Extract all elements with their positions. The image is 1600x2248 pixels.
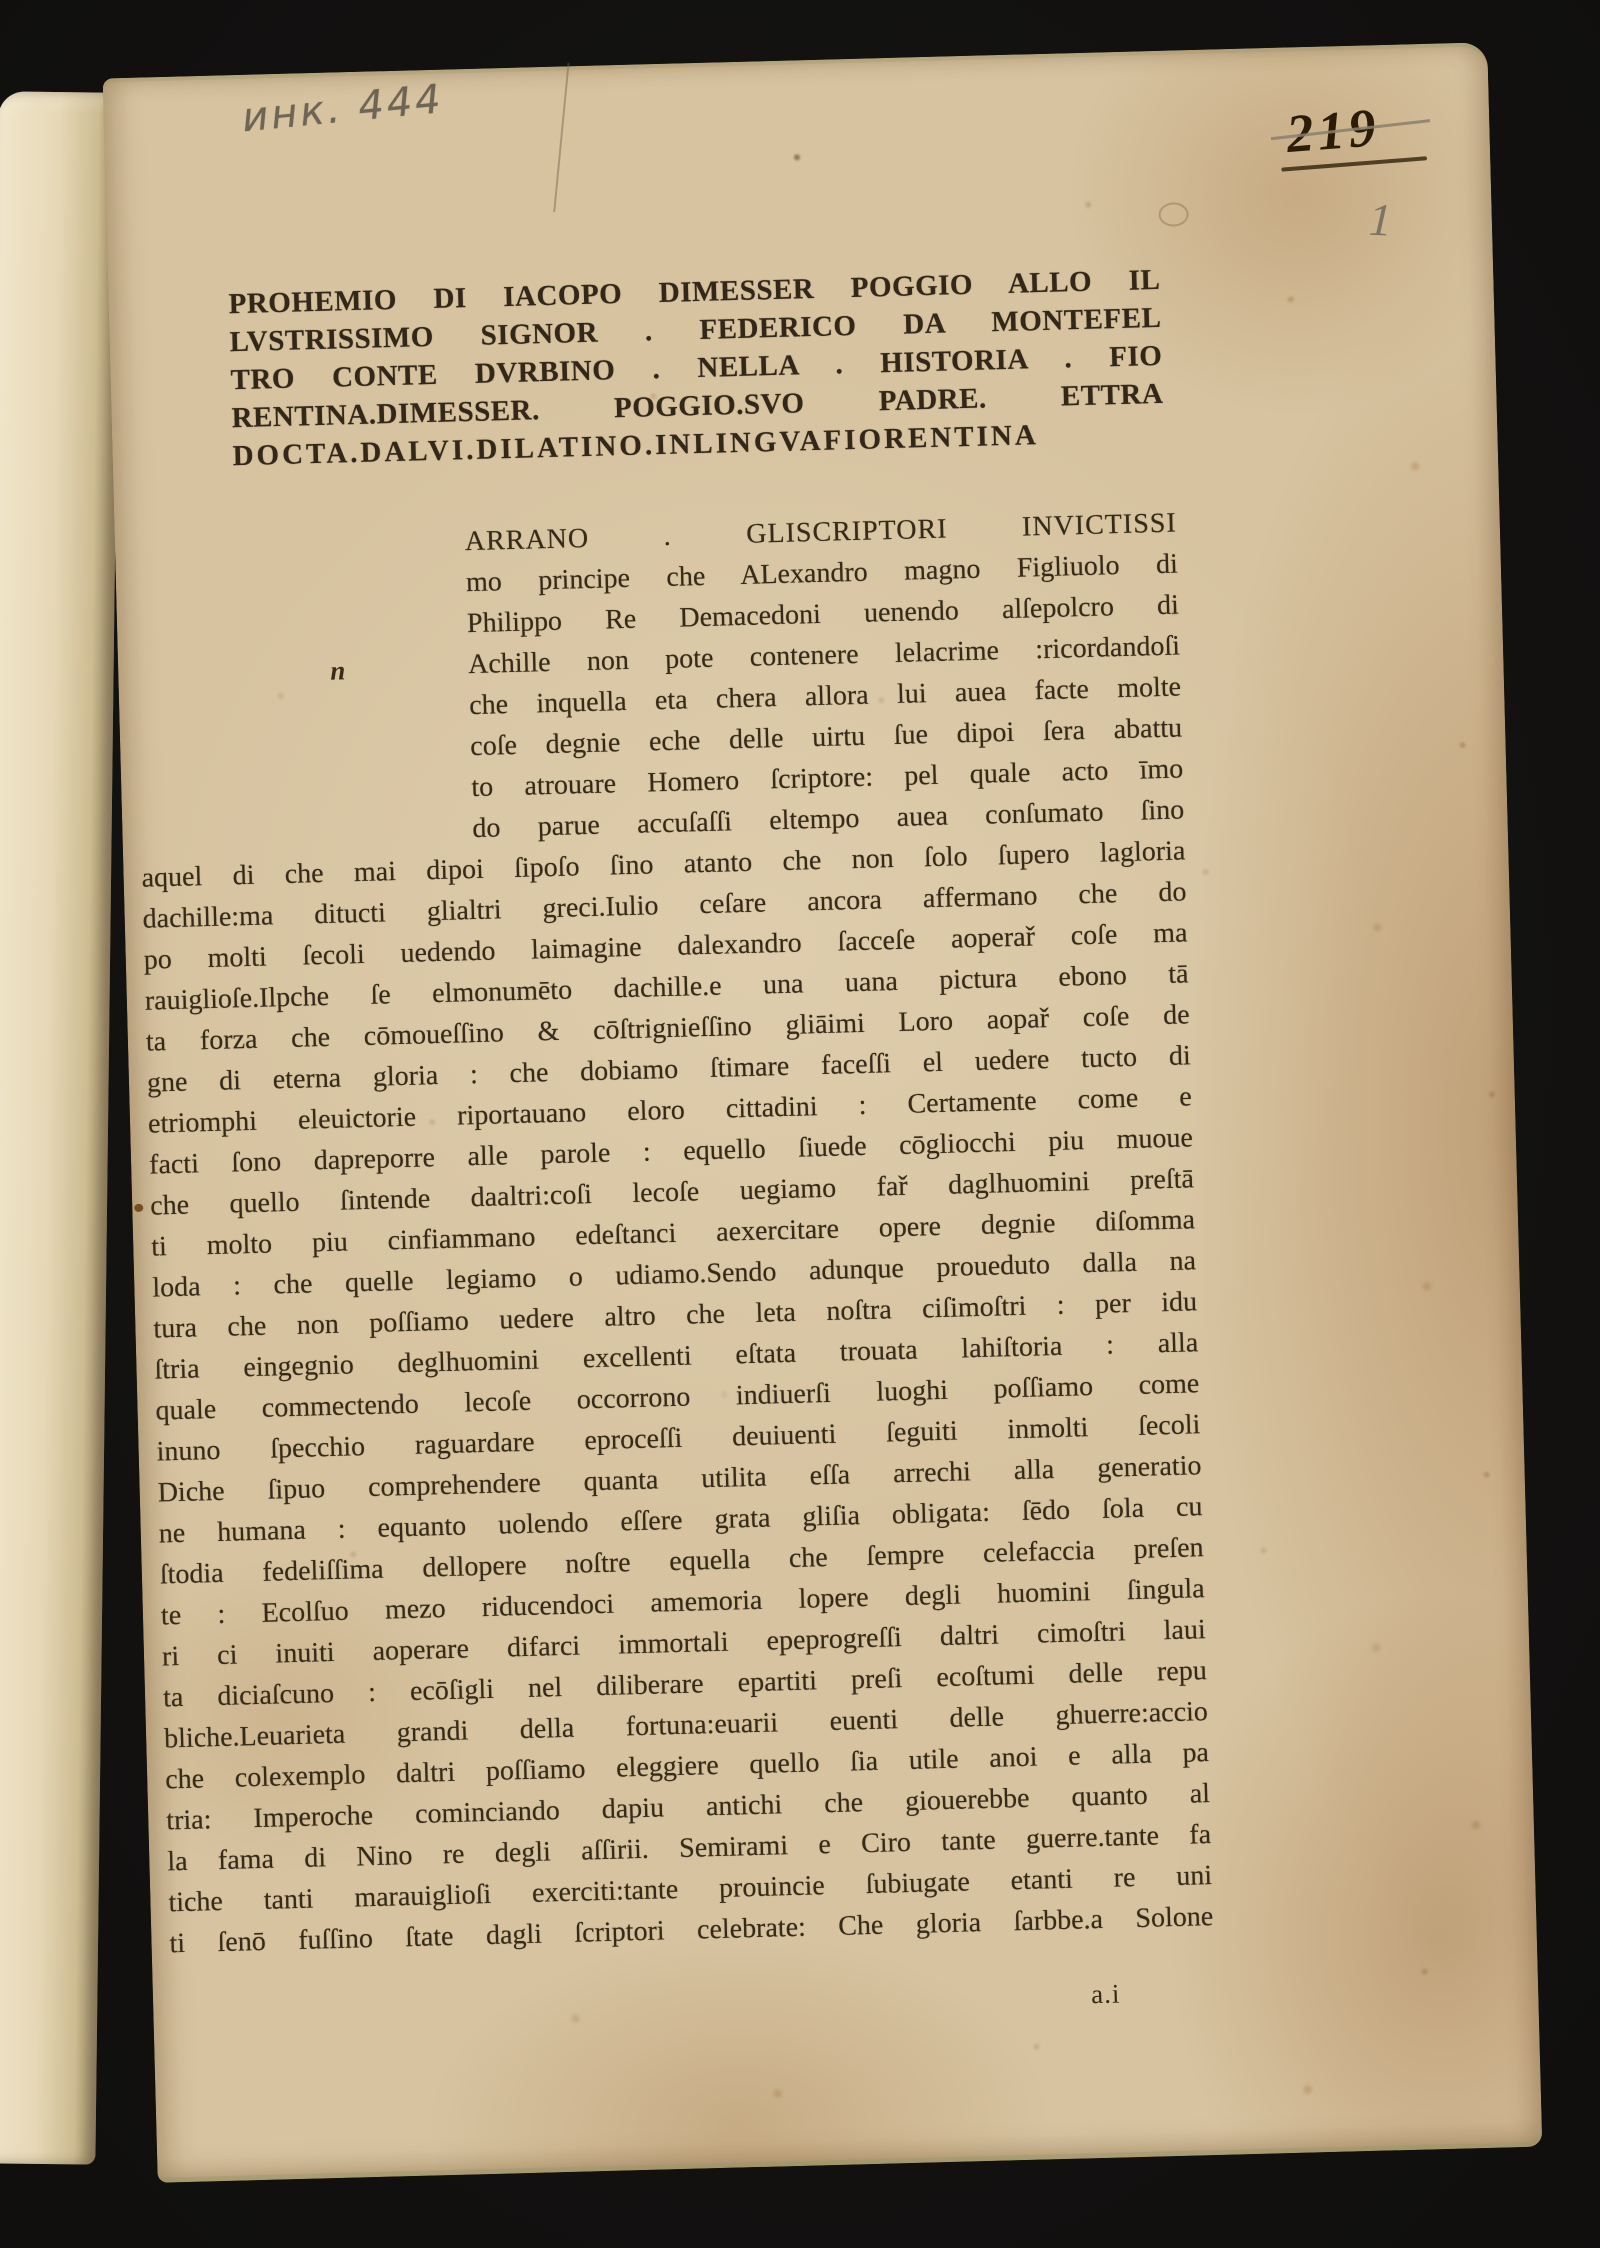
ring-mark (1158, 202, 1189, 227)
pencil-figure: 1 (1368, 193, 1393, 247)
book-page: инк. 444 219 1 PROHEMIO DI IACOPO DIMESS… (103, 42, 1543, 2183)
quire-signature: a.i (1091, 1979, 1121, 2011)
folio-number: 219 (1284, 92, 1428, 165)
facing-page-edge (0, 91, 121, 2164)
paper-stains (103, 78, 107, 82)
text-block: ARRANO . GLISCRIPTORI INVICTISSI mo prin… (133, 503, 1214, 1965)
title-heading: PROHEMIO DI IACOPO DIMESSER POGGIO ALLO … (228, 261, 1165, 475)
margin-ink-dot (134, 1204, 143, 1212)
inventory-mark: инк. 444 (240, 61, 603, 141)
